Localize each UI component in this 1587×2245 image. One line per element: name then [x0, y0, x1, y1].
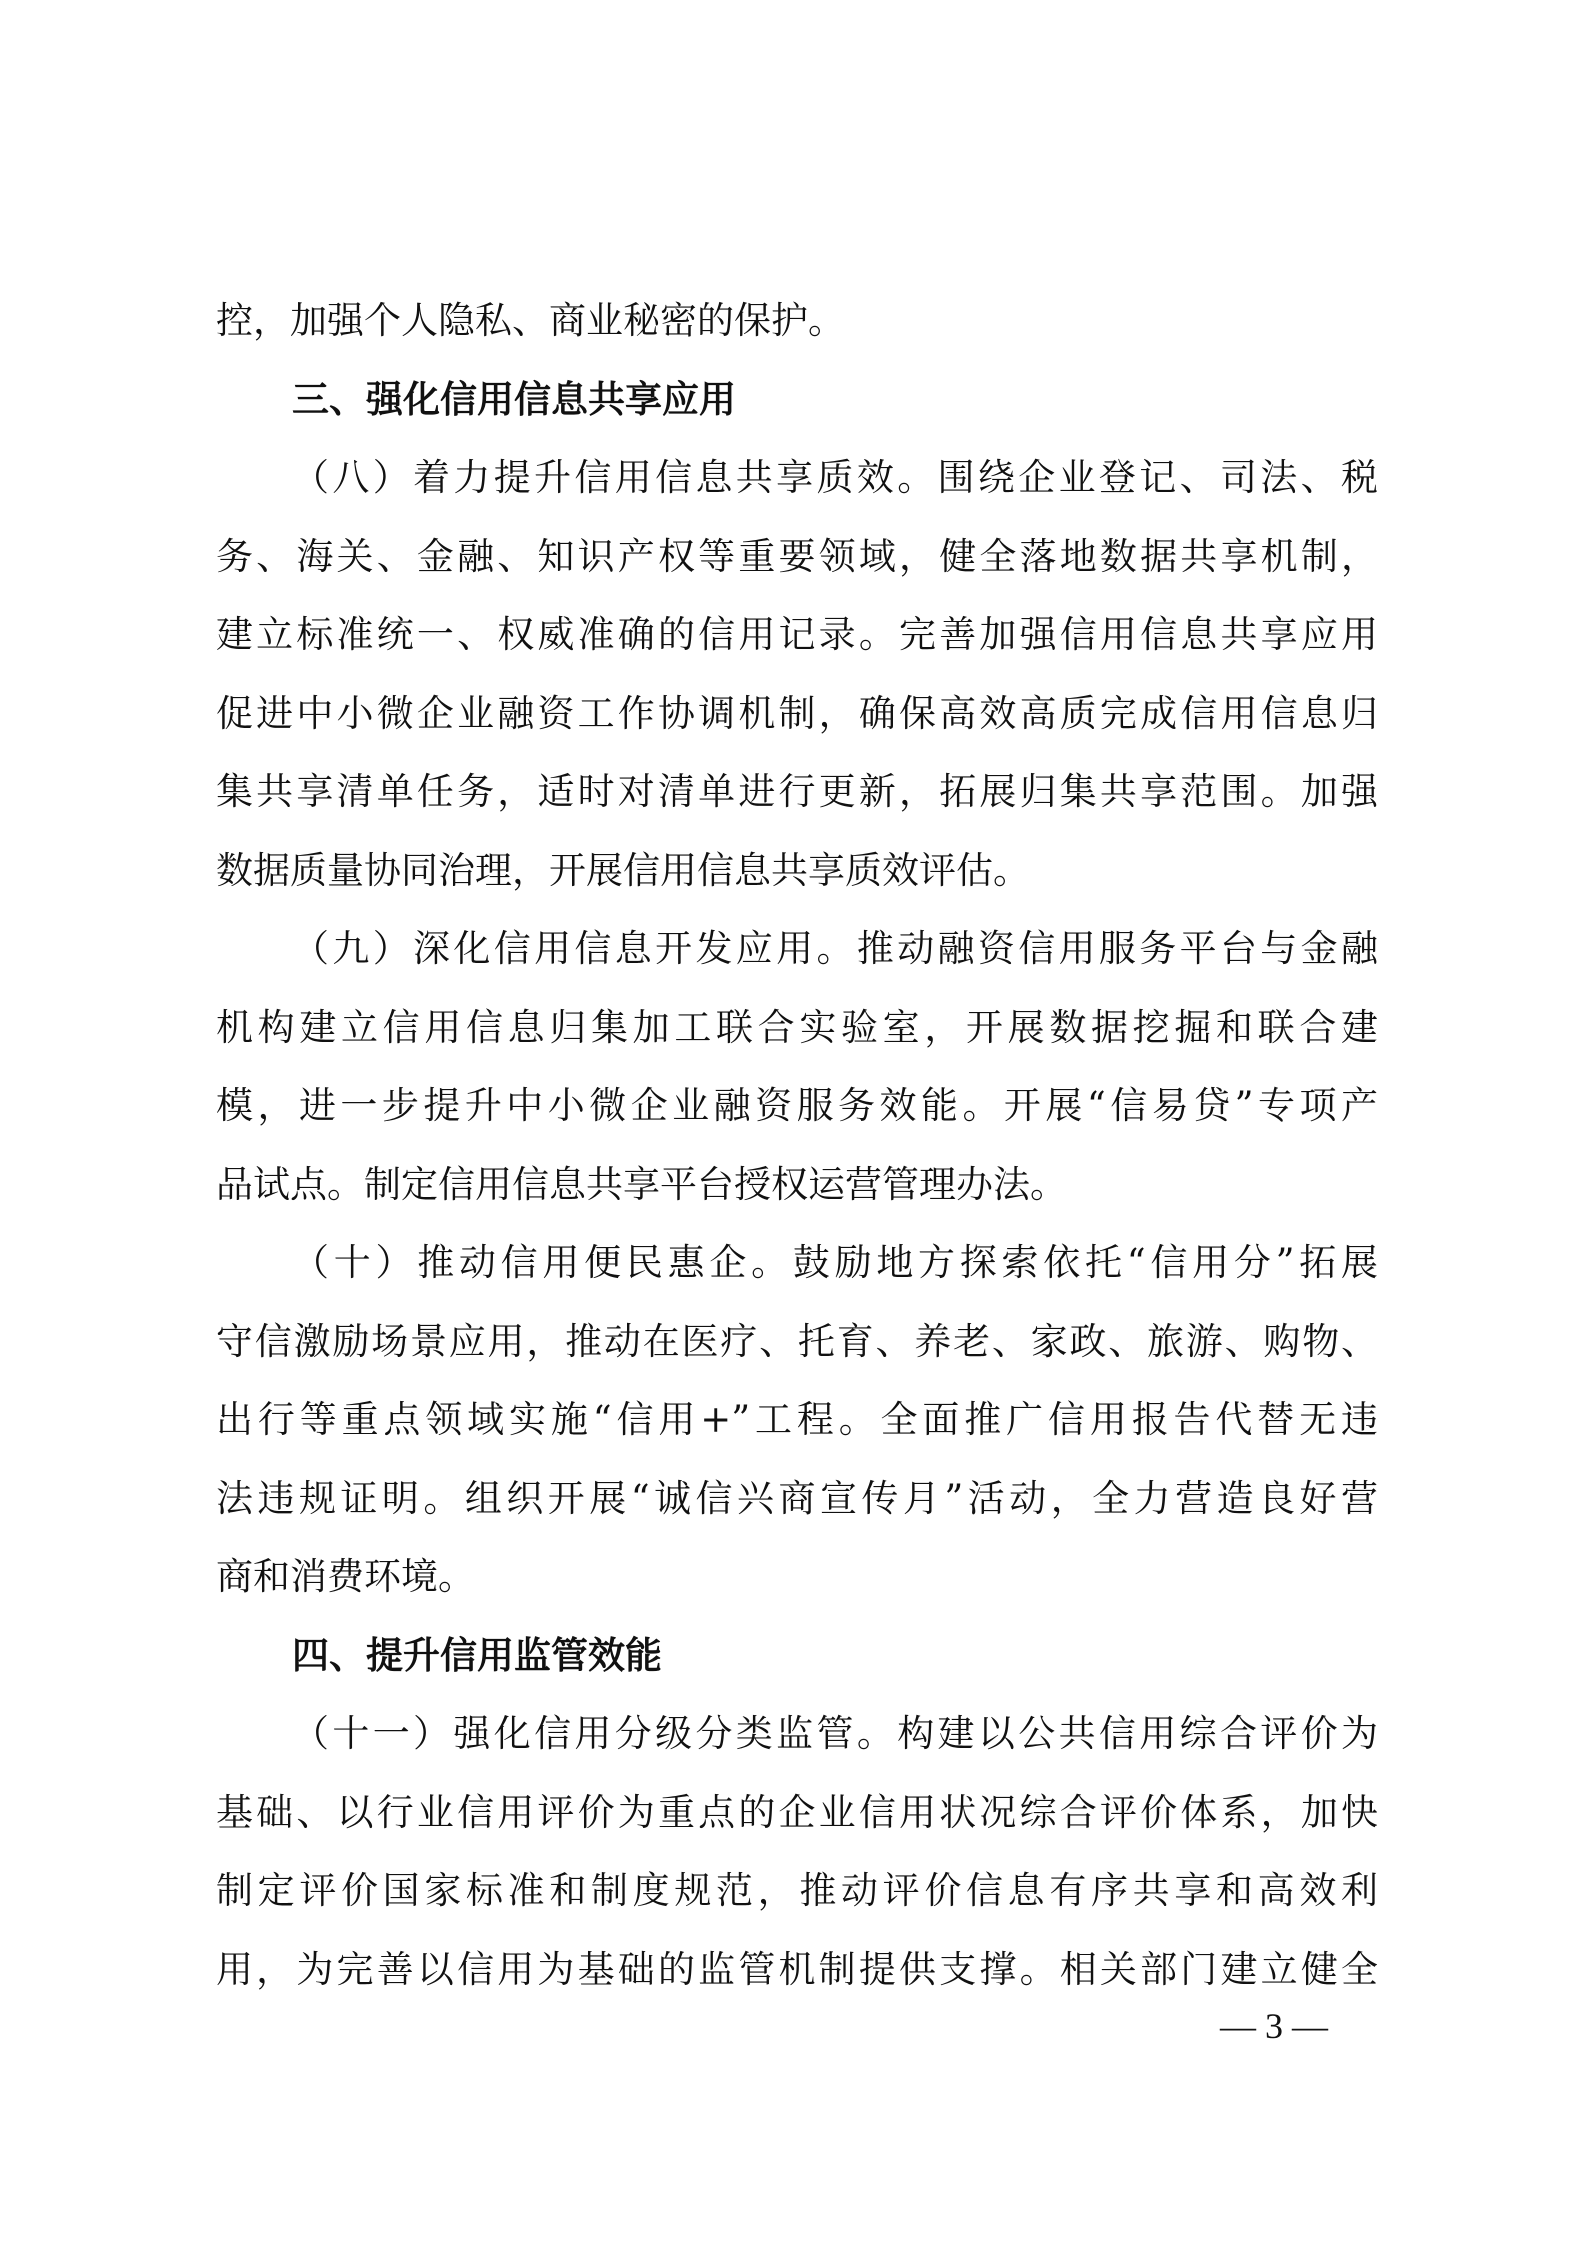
- paragraph-line: 品试点。制定信用信息共享平台授权运营管理办法。: [216, 1146, 1378, 1225]
- paragraph-line: （八）着力提升信用信息共享质效。围绕企业登记、司法、税: [216, 439, 1378, 518]
- paragraph-line: 机构建立信用信息归集加工联合实验室，开展数据挖掘和联合建: [216, 989, 1378, 1068]
- section-heading-4: 四、提升信用监管效能: [216, 1617, 1378, 1696]
- paragraph-item-11: （十一）强化信用分级分类监管。构建以公共信用综合评价为 基础、以行业信用评价为重…: [216, 1695, 1378, 2009]
- paragraph-line: 守信激励场景应用，推动在医疗、托育、养老、家政、旅游、购物、: [216, 1303, 1378, 1382]
- paragraph-line: 法违规证明。组织开展“诚信兴商宣传月”活动，全力营造良好营: [216, 1460, 1378, 1539]
- page-number: — 3 —: [1220, 2005, 1328, 2047]
- paragraph-item-8: （八）着力提升信用信息共享质效。围绕企业登记、司法、税 务、海关、金融、知识产权…: [216, 439, 1378, 910]
- paragraph-line: 用，为完善以信用为基础的监管机制提供支撑。相关部门建立健全: [216, 1931, 1378, 2010]
- paragraph-line: 建立标准统一、权威准确的信用记录。完善加强信用信息共享应用: [216, 596, 1378, 675]
- paragraph-line: 基础、以行业信用评价为重点的企业信用状况综合评价体系，加快: [216, 1774, 1378, 1853]
- paragraph-line: 务、海关、金融、知识产权等重要领域，健全落地数据共享机制，: [216, 518, 1378, 597]
- paragraph-line: 模，进一步提升中小微企业融资服务效能。开展“信易贷”专项产: [216, 1067, 1378, 1146]
- paragraph-item-9: （九）深化信用信息开发应用。推动融资信用服务平台与金融 机构建立信用信息归集加工…: [216, 910, 1378, 1224]
- paragraph-line: （十一）强化信用分级分类监管。构建以公共信用综合评价为: [216, 1695, 1378, 1774]
- paragraph-item-10: （十）推动信用便民惠企。鼓励地方探索依托“信用分”拓展 守信激励场景应用，推动在…: [216, 1224, 1378, 1617]
- paragraph-line: 促进中小微企业融资工作协调机制，确保高效高质完成信用信息归: [216, 675, 1378, 754]
- section-heading-3: 三、强化信用信息共享应用: [216, 361, 1378, 440]
- paragraph-line: 数据质量协同治理，开展信用信息共享质效评估。: [216, 832, 1378, 911]
- paragraph-line: 出行等重点领域实施“信用+”工程。全面推广信用报告代替无违: [216, 1381, 1378, 1460]
- paragraph-line: 制定评价国家标准和制度规范，推动评价信息有序共享和高效利: [216, 1852, 1378, 1931]
- document-page: 控，加强个人隐私、商业秘密的保护。 三、强化信用信息共享应用 （八）着力提升信用…: [216, 282, 1378, 2009]
- paragraph-line: 商和消费环境。: [216, 1538, 1378, 1617]
- paragraph-line: （十）推动信用便民惠企。鼓励地方探索依托“信用分”拓展: [216, 1224, 1378, 1303]
- paragraph-line: （九）深化信用信息开发应用。推动融资信用服务平台与金融: [216, 910, 1378, 989]
- paragraph-continuation-line: 控，加强个人隐私、商业秘密的保护。: [216, 282, 1378, 361]
- paragraph-line: 集共享清单任务，适时对清单进行更新，拓展归集共享范围。加强: [216, 753, 1378, 832]
